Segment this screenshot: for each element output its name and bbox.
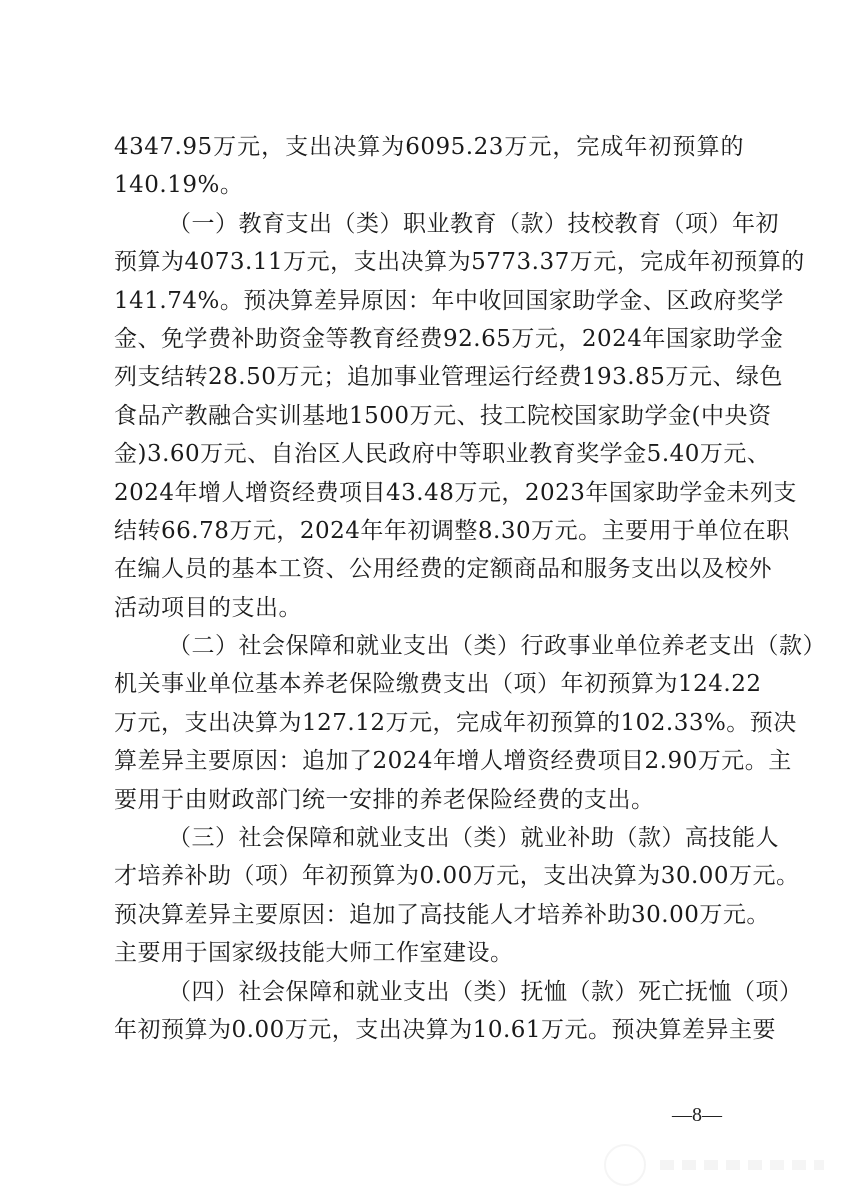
text-line: 万元，支出决算为127.12万元，完成年初预算的102.33%。预决 xyxy=(114,704,744,742)
paragraph-start-line: （二）社会保障和就业支出（类）行政事业单位养老支出（款） xyxy=(114,627,744,665)
text-line: 主要用于国家级技能大师工作室建设。 xyxy=(114,934,744,972)
text-line: 要用于由财政部门统一安排的养老保险经费的支出。 xyxy=(114,781,744,819)
text-line: 金)3.60万元、自治区人民政府中等职业教育奖学金5.40万元、 xyxy=(114,435,744,473)
document-body: 4347.95万元，支出决算为6095.23万元，完成年初预算的140.19%。… xyxy=(114,128,744,1049)
page-number: —8— xyxy=(672,1104,722,1127)
document-page: 4347.95万元，支出决算为6095.23万元，完成年初预算的140.19%。… xyxy=(0,0,850,1202)
text-line: 预决算差异主要原因：追加了高技能人才培养补助30.00万元。 xyxy=(114,896,744,934)
paragraph-start-line: （一）教育支出（类）职业教育（款）技校教育（项）年初 xyxy=(114,205,744,243)
text-line: 算差异主要原因：追加了2024年增人增资经费项目2.90万元。主 xyxy=(114,742,744,780)
text-line: 在编人员的基本工资、公用经费的定额商品和服务支出以及校外 xyxy=(114,550,744,588)
text-line: 机关事业单位基本养老保险缴费支出（项）年初预算为124.22 xyxy=(114,665,744,703)
text-line: 才培养补助（项）年初预算为0.00万元，支出决算为30.00万元。 xyxy=(114,857,744,895)
emblem-icon xyxy=(604,1144,646,1186)
text-line: 结转66.78万元，2024年年初调整8.30万元。主要用于单位在职 xyxy=(114,512,744,550)
text-line: 列支结转28.50万元；追加事业管理运行经费193.85万元、绿色 xyxy=(114,358,744,396)
text-line: 预算为4073.11万元，支出决算为5773.37万元，完成年初预算的 xyxy=(114,243,744,281)
text-line: 140.19%。 xyxy=(114,166,744,204)
text-line: 年初预算为0.00万元，支出决算为10.61万元。预决算差异主要 xyxy=(114,1011,744,1049)
text-line: 4347.95万元，支出决算为6095.23万元，完成年初预算的 xyxy=(114,128,744,166)
text-line: 2024年增人增资经费项目43.48万元，2023年国家助学金未列支 xyxy=(114,474,744,512)
text-line: 141.74%。预决算差异原因：年中收回国家助学金、区政府奖学 xyxy=(114,282,744,320)
watermark-text-placeholder xyxy=(660,1160,824,1170)
paragraph-start-line: （四）社会保障和就业支出（类）抚恤（款）死亡抚恤（项） xyxy=(114,973,744,1011)
text-line: 活动项目的支出。 xyxy=(114,589,744,627)
paragraph-start-line: （三）社会保障和就业支出（类）就业补助（款）高技能人 xyxy=(114,819,744,857)
text-line: 食品产教融合实训基地1500万元、技工院校国家助学金(中央资 xyxy=(114,397,744,435)
text-line: 金、免学费补助资金等教育经费92.65万元，2024年国家助学金 xyxy=(114,320,744,358)
watermark xyxy=(604,1140,824,1190)
